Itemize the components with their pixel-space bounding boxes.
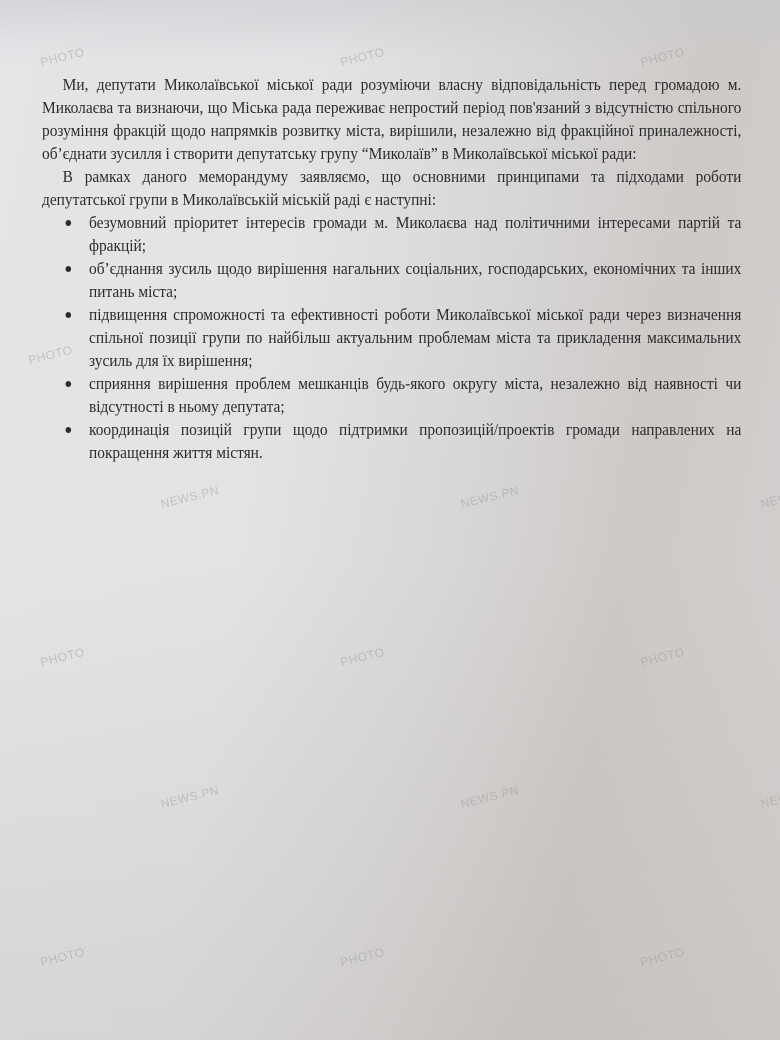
intro-paragraph: Ми, депутати Миколаївської міської ради … — [42, 73, 741, 165]
principles-list: безумовний пріоритет інтересів громади м… — [42, 211, 741, 464]
bullet-icon — [66, 312, 72, 318]
list-item-text: сприяння вирішення проблем мешканців буд… — [89, 374, 741, 416]
principles-paragraph: В рамках даного меморандуму заявляємо, щ… — [42, 165, 741, 211]
list-item: об’єднання зусиль щодо вирішення нагальн… — [42, 257, 741, 303]
watermark-photo: PHOTO — [39, 45, 86, 69]
list-item: безумовний пріоритет інтересів громади м… — [42, 211, 741, 257]
list-item-text: об’єднання зусиль щодо вирішення нагальн… — [89, 259, 741, 301]
watermark-photo: PHOTO — [639, 645, 686, 669]
watermark-photo: PHOTO — [339, 45, 386, 69]
watermark-news: NEWS.PN — [159, 783, 220, 811]
document-page: Ми, депутати Миколаївської міської ради … — [42, 73, 741, 464]
watermark-news: NEWS.PN — [759, 483, 780, 511]
bullet-icon — [66, 266, 72, 272]
watermark-photo: PHOTO — [339, 645, 386, 669]
list-item: сприяння вирішення проблем мешканців буд… — [42, 372, 741, 418]
watermark-photo: PHOTO — [39, 645, 86, 669]
watermark-photo: PHOTO — [339, 945, 386, 969]
list-item: підвищення спроможності та ефективності … — [42, 303, 741, 372]
watermark-photo: PHOTO — [639, 45, 686, 69]
watermark-news: NEWS.PN — [459, 783, 520, 811]
list-item: координація позицій групи щодо підтримки… — [42, 418, 741, 464]
watermark-news: NEWS.PN — [159, 483, 220, 511]
watermark-photo: PHOTO — [639, 945, 686, 969]
list-item-text: координація позицій групи щодо підтримки… — [89, 420, 741, 462]
watermark-news: NEWS.PN — [759, 783, 780, 811]
bullet-icon — [66, 427, 72, 433]
watermark-photo: PHOTO — [39, 945, 86, 969]
list-item-text: безумовний пріоритет інтересів громади м… — [89, 213, 741, 255]
bullet-icon — [66, 220, 72, 226]
list-item-text: підвищення спроможності та ефективності … — [89, 305, 741, 370]
bullet-icon — [66, 381, 72, 387]
watermark-news: NEWS.PN — [459, 483, 520, 511]
